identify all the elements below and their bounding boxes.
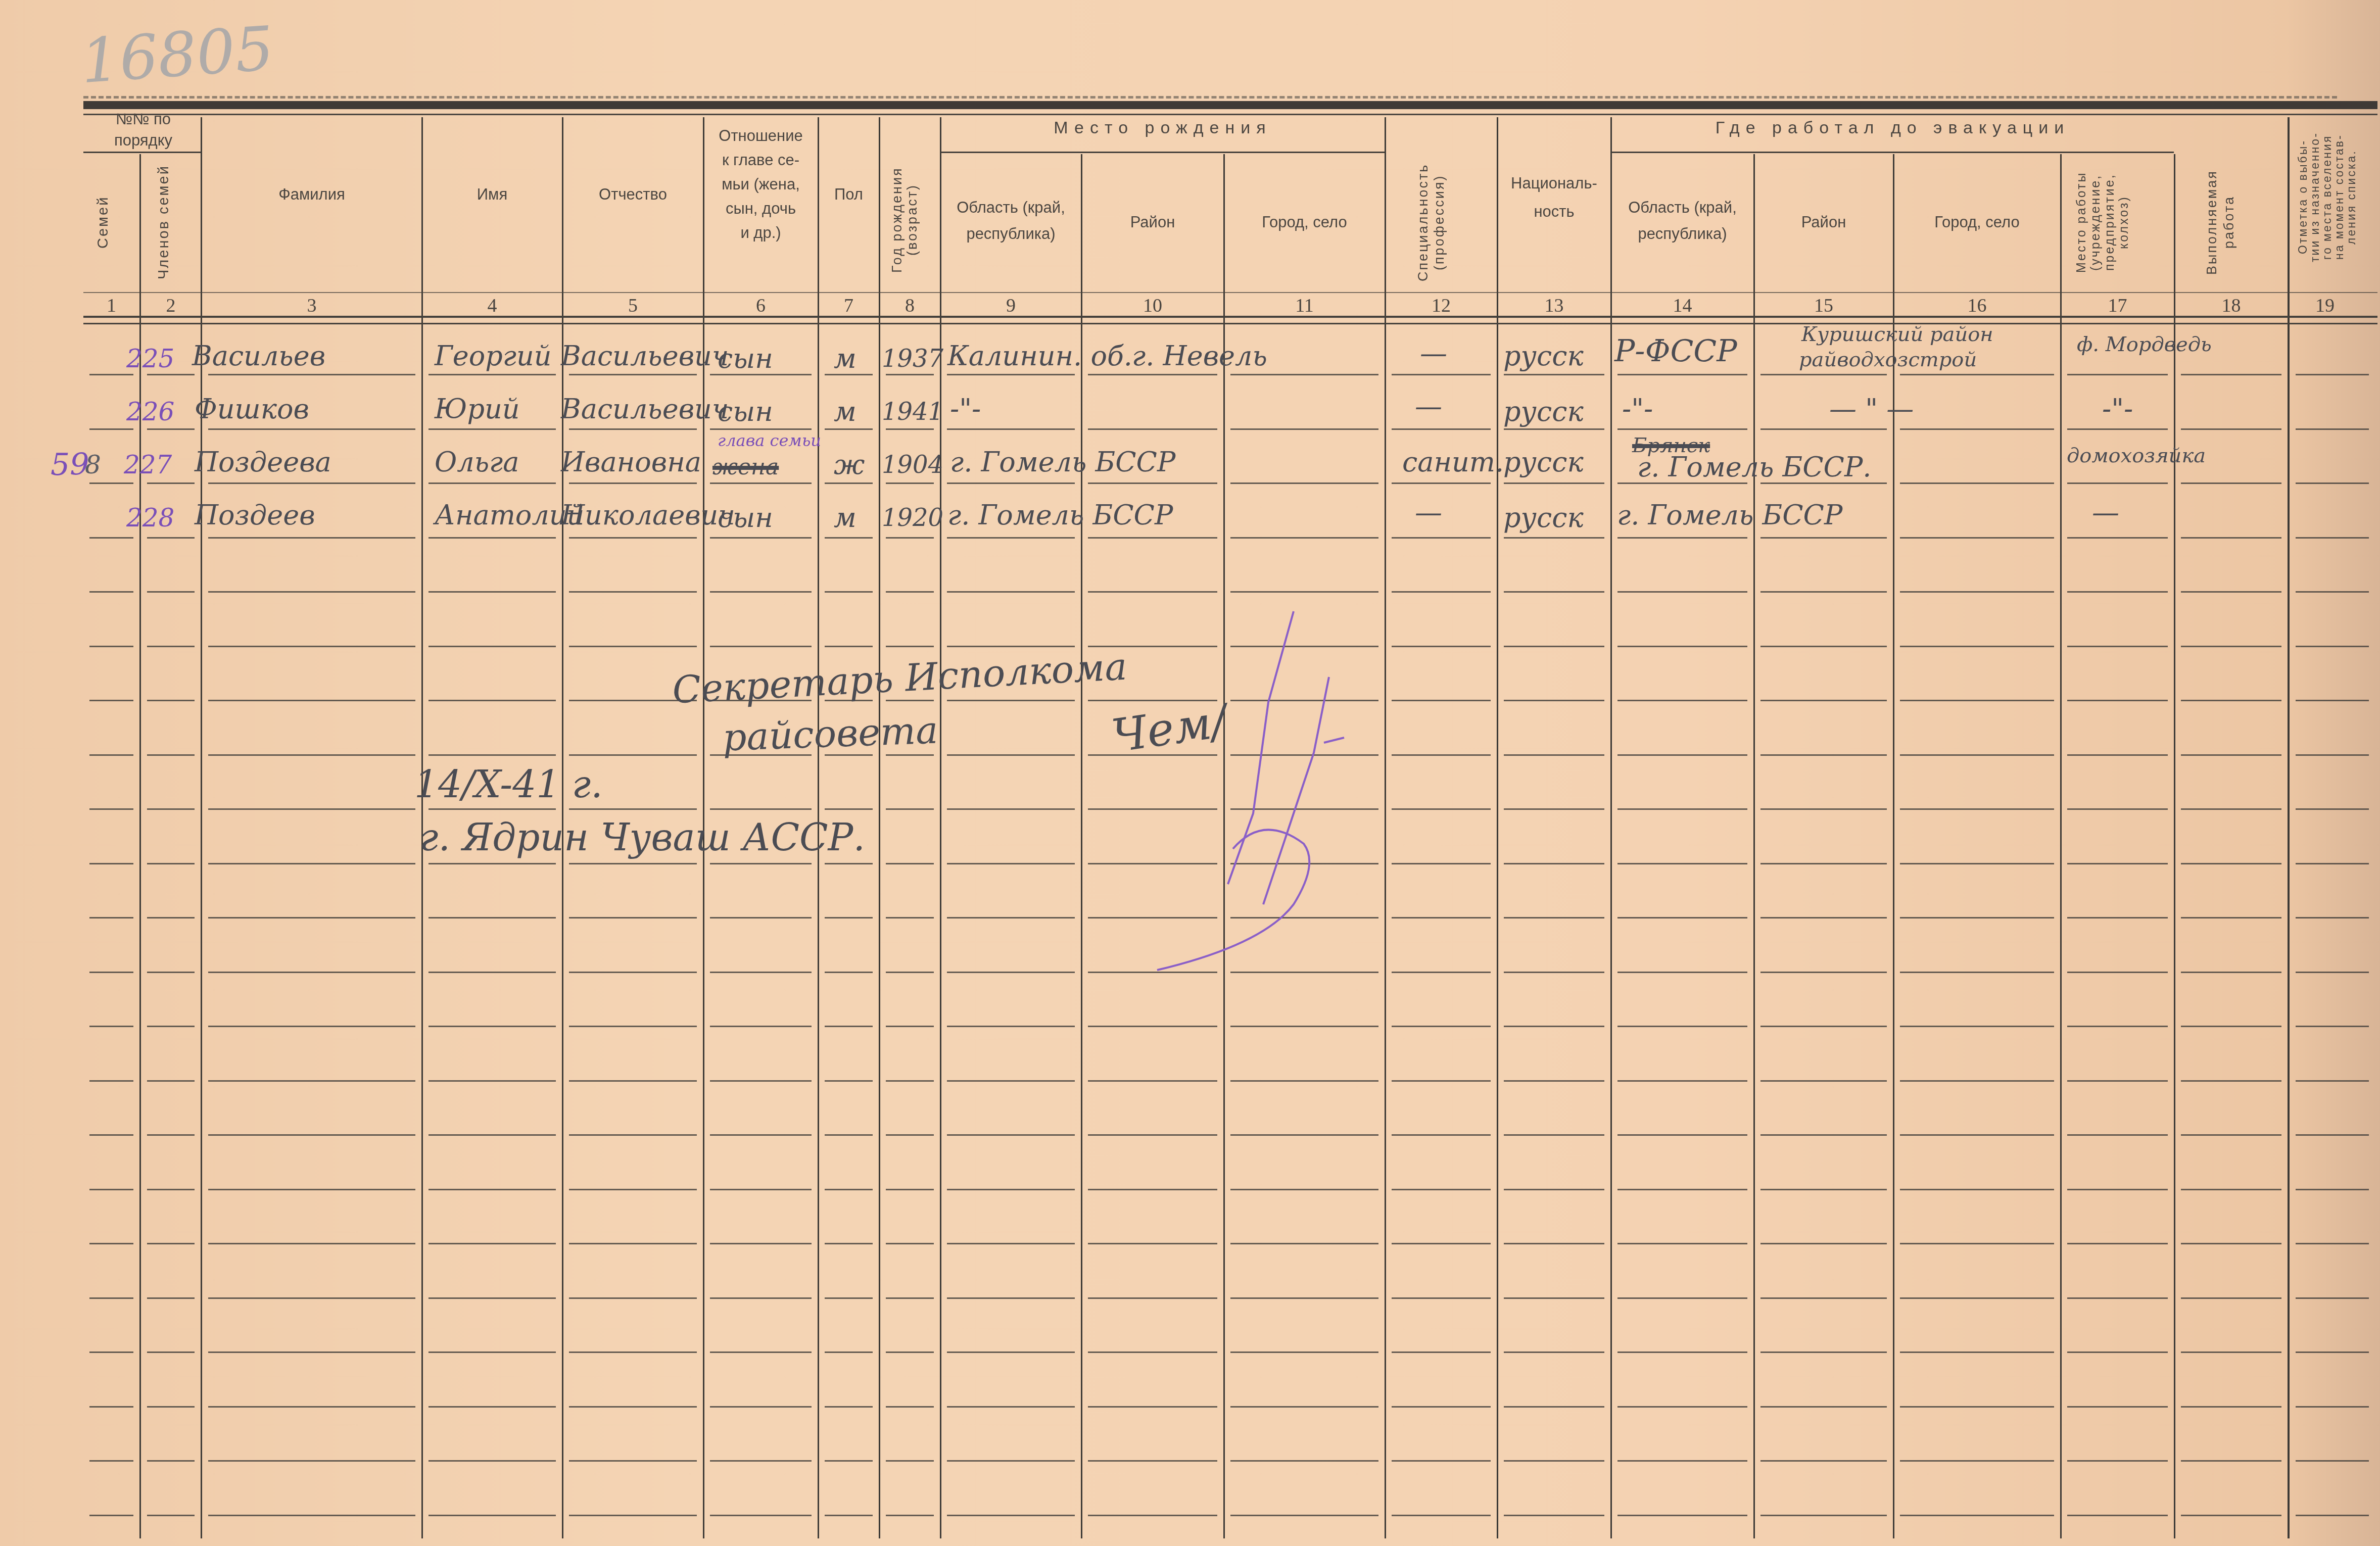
row-rule bbox=[1392, 1351, 1491, 1353]
row-rule bbox=[569, 1189, 697, 1190]
row-rule bbox=[429, 1351, 556, 1353]
row-rule bbox=[710, 1189, 812, 1190]
row-rule bbox=[1760, 646, 1887, 647]
row-rule bbox=[1617, 754, 1747, 756]
row-rule bbox=[2296, 1134, 2369, 1136]
row-rule bbox=[2067, 754, 2168, 756]
row-rule bbox=[1617, 1297, 1747, 1299]
row-rule bbox=[1617, 972, 1747, 973]
row-rule bbox=[1504, 1351, 1604, 1353]
row-rule bbox=[429, 808, 556, 810]
row-rule bbox=[1617, 591, 1747, 593]
row-rule bbox=[2296, 1406, 2369, 1408]
row-rule bbox=[1504, 1189, 1604, 1190]
row-rule bbox=[2067, 863, 2168, 864]
row-rule bbox=[2296, 808, 2369, 810]
row-rule bbox=[208, 917, 415, 919]
row-rule bbox=[886, 1134, 934, 1136]
header-col-9: Область (край, республика) bbox=[941, 195, 1081, 247]
row-rule bbox=[208, 1080, 415, 1082]
row-rule bbox=[89, 537, 133, 539]
place: г. Ядрин Чуваш АССР. bbox=[419, 816, 865, 859]
member-no: 226 bbox=[126, 397, 174, 427]
row-rule bbox=[1504, 1406, 1604, 1408]
row-rule bbox=[1617, 1406, 1747, 1408]
header-col-18: Выполняемая работа bbox=[2203, 157, 2238, 288]
row-rule bbox=[1900, 1460, 2054, 1462]
row-rule bbox=[1900, 863, 2054, 864]
row-rule bbox=[947, 863, 1075, 864]
row-rule bbox=[825, 972, 873, 973]
row-rule bbox=[1760, 754, 1887, 756]
sex: м bbox=[834, 397, 856, 427]
row-rule bbox=[147, 972, 195, 973]
row-rule bbox=[1088, 1243, 1217, 1244]
row-rule bbox=[2067, 482, 2168, 484]
row-rule bbox=[947, 1026, 1075, 1027]
row-rule bbox=[825, 1297, 873, 1299]
header-rule-birthplace bbox=[941, 152, 1385, 153]
patronymic: Ивановна bbox=[561, 447, 701, 477]
row-rule bbox=[1504, 1080, 1604, 1082]
row-rule bbox=[1760, 700, 1887, 701]
row-rule bbox=[1617, 1134, 1747, 1136]
row-rule bbox=[147, 863, 195, 864]
row-rule bbox=[1617, 1460, 1747, 1462]
work-region: г. Гомель БССР bbox=[1617, 500, 1842, 530]
row-rule bbox=[89, 591, 133, 593]
row-rule bbox=[1760, 1026, 1887, 1027]
header-col-10: Район bbox=[1082, 210, 1223, 235]
row-rule bbox=[429, 754, 556, 756]
row-rule bbox=[886, 374, 934, 375]
row-rule bbox=[1760, 1351, 1887, 1353]
header-col-14: Область (край, республика) bbox=[1611, 195, 1753, 247]
row-rule bbox=[1504, 646, 1604, 647]
row-rule bbox=[1760, 537, 1887, 539]
header-bottom-rule bbox=[83, 292, 2377, 293]
header-col-4: Имя bbox=[422, 182, 562, 207]
row-rule bbox=[947, 1297, 1075, 1299]
row-rule bbox=[208, 1134, 415, 1136]
row-rule bbox=[825, 808, 873, 810]
row-rule bbox=[147, 1297, 195, 1299]
row-rule bbox=[429, 972, 556, 973]
row-rule bbox=[1392, 917, 1491, 919]
row-rule bbox=[147, 754, 195, 756]
row-rule bbox=[208, 863, 415, 864]
row-rule bbox=[825, 1080, 873, 1082]
row-rule bbox=[1392, 1406, 1491, 1408]
first-name: Ольга bbox=[435, 447, 519, 477]
row-rule bbox=[2296, 1026, 2369, 1027]
row-rule bbox=[208, 591, 415, 593]
row-rule bbox=[2181, 972, 2281, 973]
row-rule bbox=[1504, 1134, 1604, 1136]
sex: м bbox=[834, 503, 856, 533]
row-rule bbox=[2067, 972, 2168, 973]
row-rule bbox=[1900, 591, 2054, 593]
row-rule bbox=[825, 1515, 873, 1516]
row-rule bbox=[1392, 1243, 1491, 1244]
birth-district: г. Невель bbox=[1132, 341, 1267, 371]
row-rule bbox=[1900, 374, 2054, 375]
row-rule bbox=[2296, 537, 2369, 539]
row-rule bbox=[710, 646, 812, 647]
row-rule bbox=[2296, 1189, 2369, 1190]
profession: — bbox=[1415, 392, 1442, 422]
row-rule bbox=[2296, 972, 2369, 973]
row-rule bbox=[1617, 1515, 1747, 1516]
row-rule bbox=[710, 972, 812, 973]
row-rule bbox=[1900, 1406, 2054, 1408]
header-group-birthplace: Место рождения bbox=[941, 115, 1385, 140]
row-rule bbox=[569, 754, 697, 756]
row-rule bbox=[1504, 754, 1604, 756]
row-rule bbox=[1230, 1406, 1378, 1408]
row-rule bbox=[1230, 1297, 1378, 1299]
row-rule bbox=[89, 1406, 133, 1408]
row-rule bbox=[886, 1189, 934, 1190]
row-rule bbox=[1230, 374, 1378, 375]
row-rule bbox=[886, 537, 934, 539]
row-rule bbox=[2181, 700, 2281, 701]
header-col-16: Город, село bbox=[1894, 210, 2060, 235]
row-rule bbox=[1760, 1297, 1887, 1299]
row-rule bbox=[710, 537, 812, 539]
row-rule bbox=[1088, 1515, 1217, 1516]
row-rule bbox=[825, 1351, 873, 1353]
row-rule bbox=[147, 1460, 195, 1462]
row-rule bbox=[1504, 1243, 1604, 1244]
row-rule bbox=[1900, 1134, 2054, 1136]
row-rule bbox=[429, 591, 556, 593]
row-rule bbox=[947, 1351, 1075, 1353]
row-rule bbox=[2296, 1297, 2369, 1299]
header-group-no: №№ по порядку bbox=[86, 109, 201, 151]
top-dashed-rule bbox=[83, 96, 2337, 99]
row-rule bbox=[147, 1134, 195, 1136]
row-rule bbox=[2181, 1080, 2281, 1082]
row-rule bbox=[89, 1134, 133, 1136]
header-col-12: Специальность (профессия) bbox=[1415, 157, 1447, 288]
row-rule bbox=[886, 863, 934, 864]
row-rule bbox=[710, 1134, 812, 1136]
patronymic: Васильевич bbox=[561, 341, 729, 371]
row-rule bbox=[1617, 646, 1747, 647]
row-rule bbox=[1392, 808, 1491, 810]
row-rule bbox=[208, 972, 415, 973]
row-rule bbox=[947, 537, 1075, 539]
row-rule bbox=[947, 591, 1075, 593]
row-rule bbox=[2067, 917, 2168, 919]
row-rule bbox=[825, 591, 873, 593]
relation-struck: жена bbox=[712, 452, 779, 482]
header-col-8: Год рождения (возраст) bbox=[889, 152, 920, 288]
row-rule bbox=[1617, 537, 1747, 539]
row-rule bbox=[886, 591, 934, 593]
relation-correction: глава семьи bbox=[718, 429, 821, 452]
row-rule bbox=[2296, 1460, 2369, 1462]
nationality: русск bbox=[1503, 503, 1584, 533]
relation: сын bbox=[718, 397, 773, 427]
row-rule bbox=[1392, 700, 1491, 701]
row-rule bbox=[1230, 1460, 1378, 1462]
row-rule bbox=[947, 646, 1075, 647]
row-rule bbox=[1504, 374, 1604, 375]
row-rule bbox=[1088, 537, 1217, 539]
row-rule bbox=[1392, 1189, 1491, 1190]
row-rule bbox=[569, 374, 697, 375]
row-rule bbox=[147, 591, 195, 593]
row-rule bbox=[947, 1080, 1075, 1082]
row-rule bbox=[1230, 1026, 1378, 1027]
row-rule bbox=[1617, 1026, 1747, 1027]
row-rule bbox=[2067, 700, 2168, 701]
row-rule bbox=[710, 1297, 812, 1299]
row-rule bbox=[947, 917, 1075, 919]
row-rule bbox=[147, 482, 195, 484]
row-rule bbox=[947, 1189, 1075, 1190]
surname: Поздеев bbox=[195, 500, 315, 530]
header-thick-rule bbox=[83, 101, 2377, 109]
row-rule bbox=[569, 1460, 697, 1462]
work-district-line2: райводхозстрой bbox=[1799, 349, 1977, 371]
row-rule bbox=[147, 1080, 195, 1082]
row-rule bbox=[89, 1189, 133, 1190]
row-rule bbox=[2067, 1515, 2168, 1516]
row-rule bbox=[1900, 537, 2054, 539]
row-rule bbox=[2296, 591, 2369, 593]
row-rule bbox=[1504, 972, 1604, 973]
row-rule bbox=[2296, 482, 2369, 484]
row-rule bbox=[2296, 1080, 2369, 1082]
row-rule bbox=[1392, 1515, 1491, 1516]
row-rule bbox=[2181, 1243, 2281, 1244]
row-rule bbox=[2067, 646, 2168, 647]
row-rule bbox=[429, 482, 556, 484]
row-rule bbox=[1392, 1460, 1491, 1462]
row-rule bbox=[2181, 428, 2281, 430]
row-rule bbox=[1504, 482, 1604, 484]
row-rule bbox=[2067, 1189, 2168, 1190]
row-rule bbox=[710, 1406, 812, 1408]
profession: — bbox=[1420, 339, 1447, 369]
row-rule bbox=[89, 972, 133, 973]
row-rule bbox=[429, 1297, 556, 1299]
row-rule bbox=[89, 1460, 133, 1462]
row-rule bbox=[2181, 1297, 2281, 1299]
sex: ж bbox=[834, 450, 865, 480]
row-rule bbox=[710, 1026, 812, 1027]
row-rule bbox=[1760, 863, 1887, 864]
row-rule bbox=[886, 1515, 934, 1516]
row-rule bbox=[429, 646, 556, 647]
patronymic: Николаевич bbox=[561, 500, 735, 530]
row-rule bbox=[710, 482, 812, 484]
row-rule bbox=[569, 1080, 697, 1082]
header-group-work: Где работал до эвакуации bbox=[1611, 115, 2174, 140]
row-rule bbox=[947, 1134, 1075, 1136]
row-rule bbox=[1617, 808, 1747, 810]
row-rule bbox=[2181, 591, 2281, 593]
row-rule bbox=[208, 808, 415, 810]
row-rule bbox=[569, 1515, 697, 1516]
birth-region: г. Гомель БССР bbox=[950, 447, 1175, 477]
row-rule bbox=[2296, 1243, 2369, 1244]
row-rule bbox=[825, 482, 873, 484]
row-rule bbox=[1617, 1243, 1747, 1244]
row-rule bbox=[1900, 1243, 2054, 1244]
row-rule bbox=[710, 1351, 812, 1353]
member-no: 227 bbox=[124, 450, 172, 480]
row-rule bbox=[886, 1297, 934, 1299]
row-rule bbox=[825, 863, 873, 864]
row-rule bbox=[1392, 1080, 1491, 1082]
row-rule bbox=[147, 646, 195, 647]
row-rule bbox=[1760, 808, 1887, 810]
row-rule bbox=[2296, 754, 2369, 756]
row-rule bbox=[2181, 482, 2281, 484]
row-rule bbox=[89, 917, 133, 919]
header-col-19: Отметка о выбы- тии из назначенно- го ме… bbox=[2297, 104, 2357, 291]
header-col-1: Семей bbox=[93, 157, 113, 288]
row-rule bbox=[89, 808, 133, 810]
row-rule bbox=[89, 482, 133, 484]
row-rule bbox=[1900, 1080, 2054, 1082]
row-rule bbox=[1504, 700, 1604, 701]
row-rule bbox=[1392, 863, 1491, 864]
relation: сын bbox=[718, 344, 773, 374]
row-rule bbox=[1230, 482, 1378, 484]
row-rule bbox=[1230, 1515, 1378, 1516]
row-rule bbox=[1088, 1351, 1217, 1353]
row-rule bbox=[429, 1189, 556, 1190]
row-rule bbox=[2296, 374, 2369, 375]
row-rule bbox=[1900, 646, 2054, 647]
row-rule bbox=[1504, 428, 1604, 430]
row-rule bbox=[569, 646, 697, 647]
row-rule bbox=[1760, 1189, 1887, 1190]
row-rule bbox=[208, 1297, 415, 1299]
row-rule bbox=[2181, 1460, 2281, 1462]
row-rule bbox=[1760, 1460, 1887, 1462]
row-rule bbox=[429, 537, 556, 539]
row-rule bbox=[147, 700, 195, 701]
row-rule bbox=[1088, 482, 1217, 484]
row-rule bbox=[208, 1026, 415, 1027]
row-rule bbox=[208, 1351, 415, 1353]
row-rule bbox=[1760, 1080, 1887, 1082]
row-rule bbox=[1760, 1406, 1887, 1408]
row-rule bbox=[886, 1026, 934, 1027]
row-rule bbox=[2181, 1189, 2281, 1190]
row-rule bbox=[1230, 1351, 1378, 1353]
row-rule bbox=[2296, 1351, 2369, 1353]
row-rule bbox=[1392, 482, 1491, 484]
row-rule bbox=[1760, 1515, 1887, 1516]
row-rule bbox=[1900, 972, 2054, 973]
row-rule bbox=[1230, 537, 1378, 539]
row-rule bbox=[1760, 917, 1887, 919]
birth-year: 1904 bbox=[882, 450, 943, 480]
row-rule bbox=[89, 428, 133, 430]
row-rule bbox=[825, 1189, 873, 1190]
member-no: 225 bbox=[126, 344, 174, 374]
row-rule bbox=[2067, 1243, 2168, 1244]
row-rule bbox=[1760, 374, 1887, 375]
row-rule bbox=[2067, 374, 2168, 375]
row-rule bbox=[208, 1243, 415, 1244]
row-rule bbox=[1392, 591, 1491, 593]
row-rule bbox=[89, 1026, 133, 1027]
row-rule bbox=[208, 482, 415, 484]
row-rule bbox=[147, 374, 195, 375]
row-rule bbox=[2181, 374, 2281, 375]
row-rule bbox=[886, 917, 934, 919]
row-rule bbox=[569, 972, 697, 973]
row-rule bbox=[429, 700, 556, 701]
row-rule bbox=[1617, 1189, 1747, 1190]
row-rule bbox=[429, 428, 556, 430]
row-rule bbox=[1230, 1080, 1378, 1082]
row-rule bbox=[710, 1515, 812, 1516]
row-rule bbox=[208, 1515, 415, 1516]
header-col-3: Фамилия bbox=[202, 182, 421, 207]
row-rule bbox=[569, 482, 697, 484]
row-rule bbox=[947, 428, 1075, 430]
row-rule bbox=[1230, 1134, 1378, 1136]
row-rule bbox=[2181, 1351, 2281, 1353]
row-rule bbox=[2181, 537, 2281, 539]
birth-region: Калинин. об. bbox=[947, 341, 1132, 371]
row-rule bbox=[1760, 1243, 1887, 1244]
row-rule bbox=[947, 482, 1075, 484]
row-rule bbox=[208, 374, 415, 375]
row-rule bbox=[208, 700, 415, 701]
row-rule bbox=[886, 428, 934, 430]
archive-number: 16805 bbox=[79, 14, 276, 97]
row-rule bbox=[2181, 1515, 2281, 1516]
row-rule bbox=[1760, 591, 1887, 593]
row-rule bbox=[2296, 428, 2369, 430]
row-rule bbox=[429, 1243, 556, 1244]
header-col-2: Членов семей bbox=[154, 157, 173, 288]
profession: — bbox=[1415, 498, 1442, 528]
profession: санит. bbox=[1402, 447, 1504, 477]
row-rule bbox=[89, 1243, 133, 1244]
row-rule bbox=[147, 808, 195, 810]
row-rule bbox=[825, 1243, 873, 1244]
row-rule bbox=[147, 537, 195, 539]
row-rule bbox=[1088, 1297, 1217, 1299]
header-col-15: Район bbox=[1754, 210, 1893, 235]
row-rule bbox=[947, 754, 1075, 756]
row-rule bbox=[1392, 374, 1491, 375]
row-rule bbox=[1504, 1297, 1604, 1299]
row-rule bbox=[710, 1460, 812, 1462]
surname: Фишков bbox=[195, 394, 309, 424]
row-rule bbox=[1900, 1189, 2054, 1190]
row-rule bbox=[569, 863, 697, 864]
relation: сын bbox=[718, 503, 773, 533]
row-rule bbox=[1900, 1026, 2054, 1027]
header-rule-work bbox=[1611, 152, 2174, 153]
surname: Васильев bbox=[192, 341, 325, 371]
family-no-pencil: 8 bbox=[85, 450, 101, 480]
header-col-17: Место работы (учреждение, предприятие, к… bbox=[2074, 157, 2131, 288]
row-rule bbox=[1088, 374, 1217, 375]
